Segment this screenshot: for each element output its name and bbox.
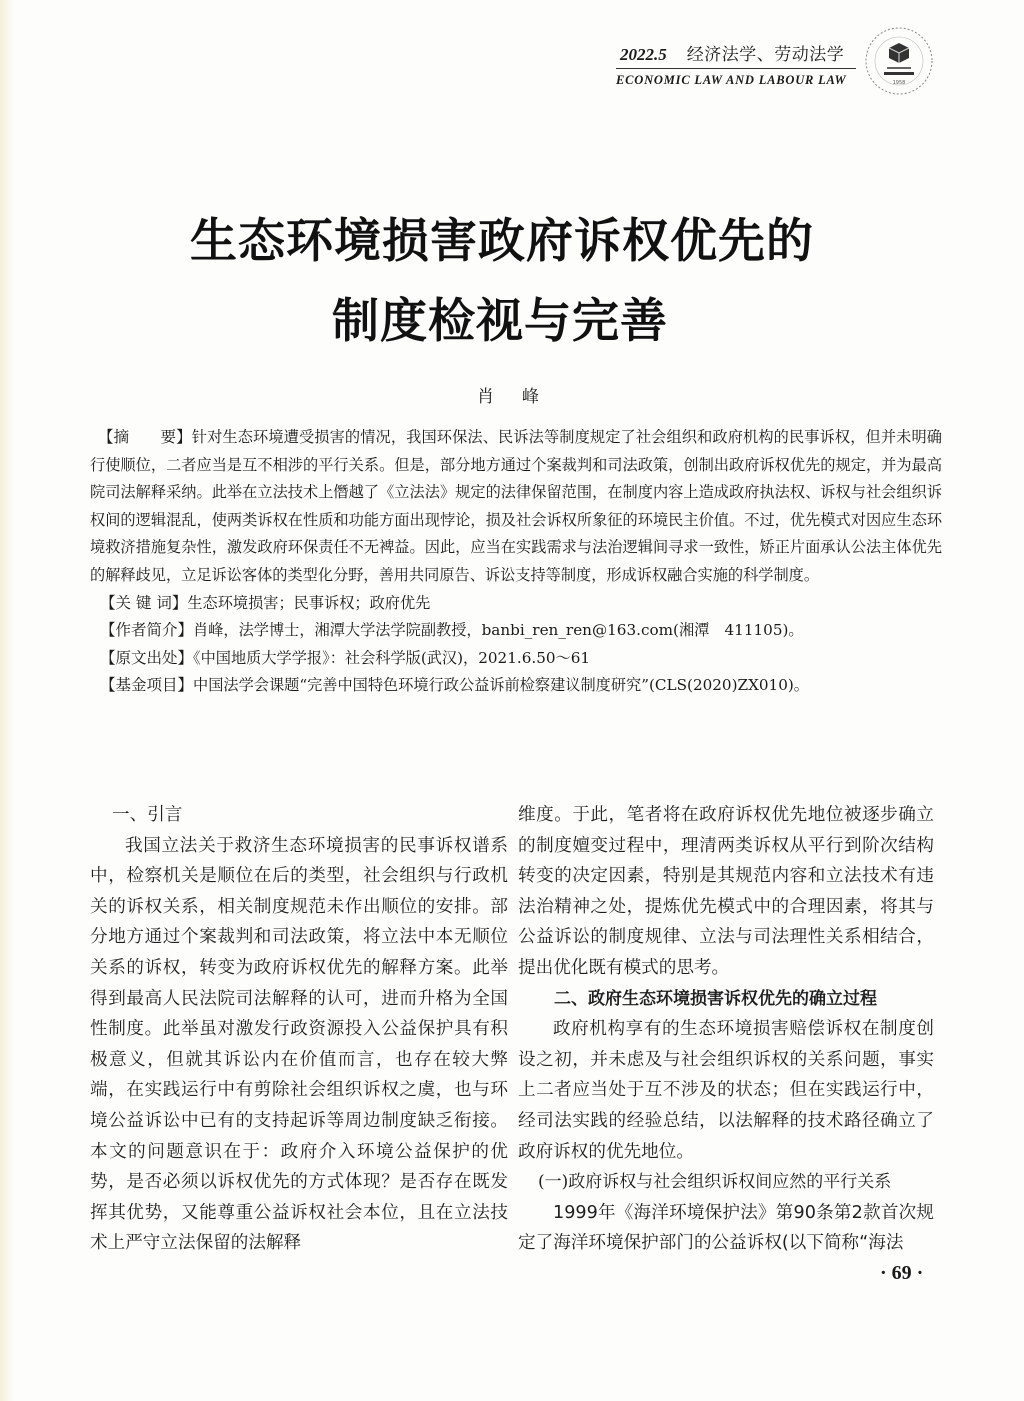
section-heading-two: 二、政府生态环境损害诉权优先的确立过程	[518, 984, 934, 1015]
abstract-paragraph: 【摘 要】针对生态环境遭受损害的情况，我国环保法、民诉法等制度规定了社会组织和政…	[90, 424, 942, 590]
keywords-label: 【关 键 词】	[100, 594, 187, 612]
header-rule	[616, 68, 856, 69]
subsection-one-paragraph: 1999年《海洋环境保护法》第90条第2款首次规定了海洋环境保护部门的公益诉权(…	[518, 1198, 934, 1259]
body-column-right: 维度。于此，笔者将在政府诉权优先地位被逐步确立的制度嬗变过程中，理清两类诉权从平…	[518, 800, 934, 1259]
section-title-cn: 经济法学、劳动法学	[687, 40, 845, 65]
intro-paragraph: 我国立法关于救济生态环境损害的民事诉权谱系中，检察机关是顺位在后的类型，社会组织…	[90, 831, 508, 1259]
author-bio-label: 【作者简介】	[100, 621, 193, 639]
source-value: 《中国地质大学学报》：社会科学版(武汉)，2021.6.50～61	[193, 649, 590, 667]
running-header: 2022.5 经济法学、劳动法学 ECONOMIC LAW AND LABOUR…	[616, 40, 856, 88]
abstract-block: 【摘 要】针对生态环境遭受损害的情况，我国环保法、民诉法等制度规定了社会组织和政…	[90, 424, 942, 700]
subsection-heading-one: (一)政府诉权与社会组织诉权间应然的平行关系	[518, 1167, 934, 1198]
svg-text:1958: 1958	[893, 80, 906, 86]
page-number: · 69 ·	[880, 1262, 923, 1285]
keywords-value: 生态环境损害；民事诉权；政府优先	[187, 594, 430, 612]
funding-label: 【基金项目】	[100, 676, 193, 694]
author-name: 肖峰	[0, 382, 1024, 407]
intro-paragraph-continued: 维度。于此，笔者将在政府诉权优先地位被逐步确立的制度嬗变过程中，理清两类诉权从平…	[518, 800, 934, 984]
abstract-text: 针对生态环境遭受损害的情况，我国环保法、民诉法等制度规定了社会组织和政府机构的民…	[90, 428, 942, 584]
issue-number: 2022.5	[620, 45, 667, 65]
author-bio-line: 【作者简介】肖峰，法学博士，湘潭大学法学院副教授，banbi_ren_ren@1…	[90, 617, 942, 645]
source-label: 【原文出处】	[100, 649, 193, 667]
body-column-left: 一、引言 我国立法关于救济生态环境损害的民事诉权谱系中，检察机关是顺位在后的类型…	[90, 800, 508, 1259]
keywords-line: 【关 键 词】生态环境损害；民事诉权；政府优先	[90, 590, 942, 618]
renmin-press-seal-icon: 1958	[862, 24, 936, 98]
abstract-label: 【摘 要】	[98, 428, 192, 446]
section-heading-introduction: 一、引言	[90, 800, 508, 831]
funding-line: 【基金项目】中国法学会课题“完善中国特色环境行政公益诉前检察建议制度研究”(CL…	[90, 672, 942, 700]
article-title-line-2: 制度检视与完善	[0, 284, 1012, 351]
author-bio-value: 肖峰，法学博士，湘潭大学法学院副教授，banbi_ren_ren@163.com…	[193, 621, 804, 639]
section-two-paragraph: 政府机构享有的生态环境损害赔偿诉权在制度创设之初，并未虑及与社会组织诉权的关系问…	[518, 1014, 934, 1167]
section-title-en: ECONOMIC LAW AND LABOUR LAW	[616, 73, 856, 88]
funding-value: 中国法学会课题“完善中国特色环境行政公益诉前检察建议制度研究”(CLS(2020…	[193, 676, 809, 694]
source-line: 【原文出处】《中国地质大学学报》：社会科学版(武汉)，2021.6.50～61	[90, 645, 942, 673]
article-title-line-1: 生态环境损害政府诉权优先的	[0, 204, 1014, 271]
